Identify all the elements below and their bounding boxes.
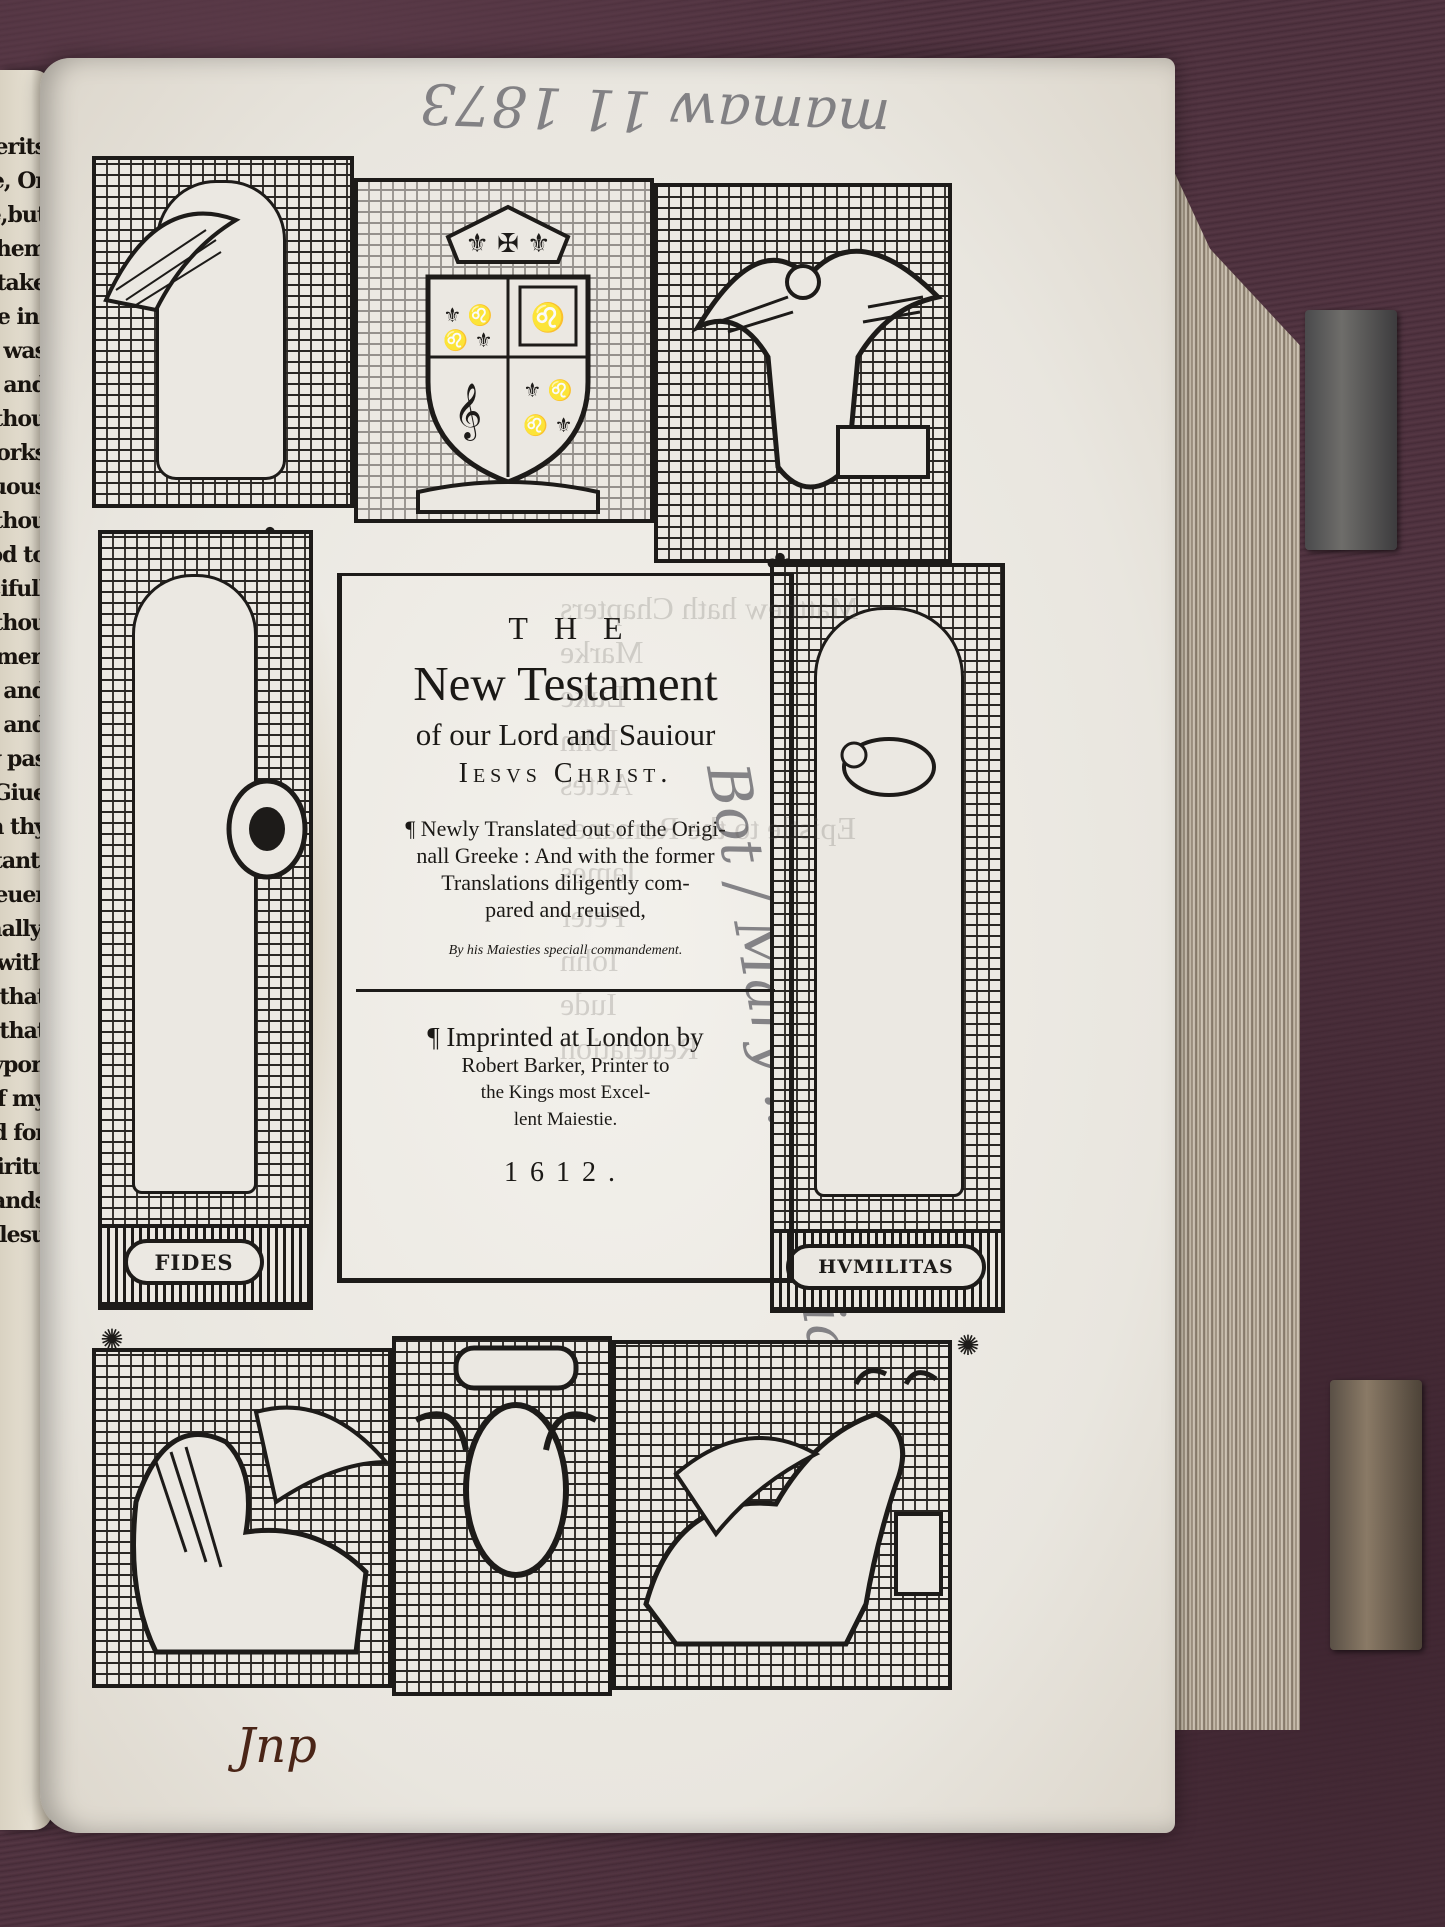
svg-text:♌: ♌: [531, 301, 566, 334]
cartouche-scroll-icon: [396, 1340, 612, 1696]
humilitas-cartouche: HVMILITAS: [786, 1244, 986, 1290]
svg-text:♌ ⚜: ♌ ⚜: [523, 413, 572, 437]
svg-text:♌ ⚜: ♌ ⚜: [443, 328, 492, 352]
winged-lion-icon: [96, 1352, 392, 1688]
flower-ornament-icon-right: ✺: [948, 1326, 988, 1366]
woodcut-ox-luke: [612, 1340, 952, 1690]
woodcut-angel-matthew: [92, 156, 354, 508]
ink-inscription-bottom: Jnp: [236, 1718, 317, 1774]
kings-line: the Kings most Excel-: [342, 1079, 789, 1106]
fides-figure: [132, 574, 257, 1194]
woodcut-lion-mark: [92, 1348, 392, 1688]
metal-clasp-bottom: [1330, 1380, 1422, 1650]
fides-cartouche: FIDES: [124, 1239, 264, 1285]
eagle-icon: [658, 187, 952, 563]
winged-ox-icon: [616, 1344, 952, 1690]
woodcut-eagle-john: [654, 183, 952, 563]
svg-text:⚜ ♌: ⚜ ♌: [523, 378, 572, 402]
pencil-inscription-top: mamaw 11 1873: [419, 70, 891, 151]
woodcut-royal-arms: ⚜ ✠ ⚜ ⚜ ♌ ♌ ⚜ ♌ 𝄞 ⚜ ♌ ♌ ⚜: [354, 178, 654, 523]
majesty-line: lent Maiestie.: [342, 1106, 789, 1133]
svg-text:⚜ ♌: ⚜ ♌: [443, 303, 492, 327]
svg-text:𝄞: 𝄞: [454, 383, 482, 441]
svg-text:⚜ ✠ ⚜: ⚜ ✠ ⚜: [466, 229, 551, 259]
title-text-block: Matthew hath Chapters Marke Luke Iohn Ac…: [337, 573, 794, 1283]
woodcut-strapwork-cartouche: [392, 1336, 612, 1696]
woodcut-fides: FIDES: [98, 530, 313, 1310]
title-page: mamaw 11 1873 Bot / Mary ... marriage ⚜ …: [40, 58, 1175, 1833]
coat-of-arms-icon: ⚜ ✠ ⚜ ⚜ ♌ ♌ ⚜ ♌ 𝄞 ⚜ ♌ ♌ ⚜: [358, 182, 654, 522]
publication-year: 1612.: [342, 1157, 789, 1189]
show-through-contents: Matthew hath Chapters Marke Luke Iohn Ac…: [560, 586, 859, 1070]
angel-wing-icon: [96, 180, 354, 330]
shield-icon: [222, 774, 312, 884]
metal-clasp-top: [1305, 310, 1397, 550]
